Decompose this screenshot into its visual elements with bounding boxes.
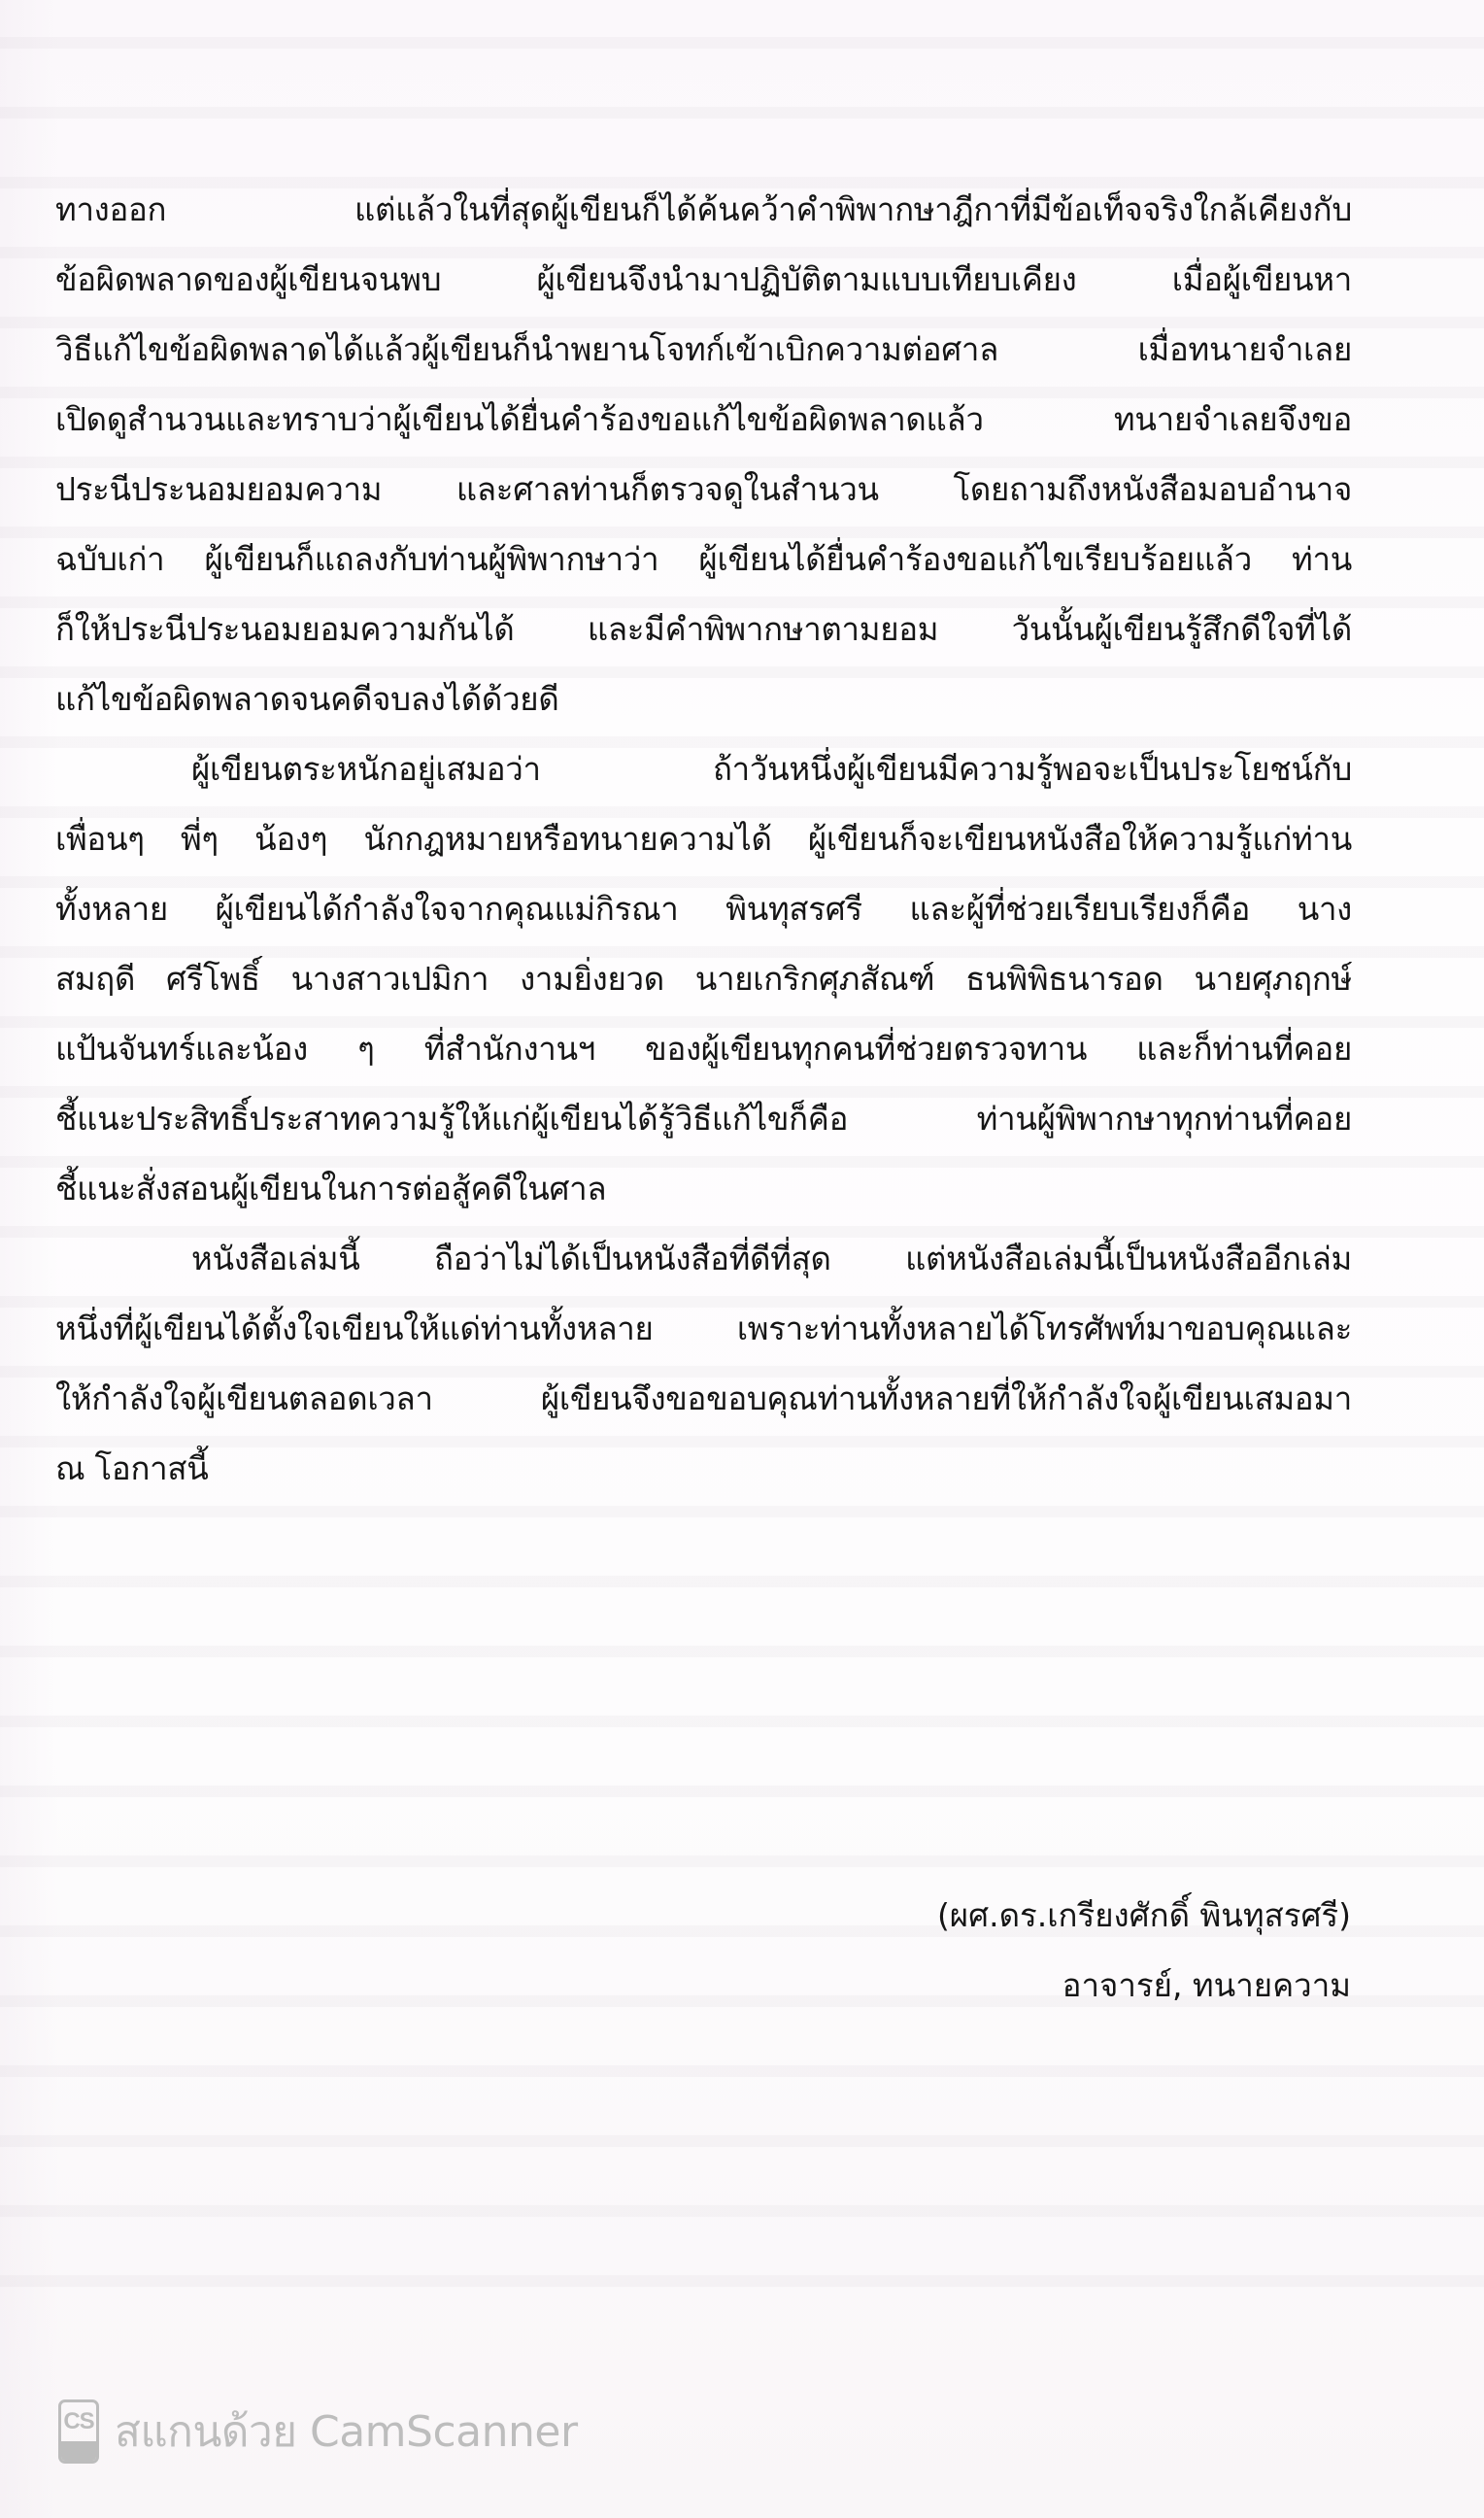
text-line: ชี้แนะประสิทธิ์ประสาทความรู้ให้แก่ผู้เขี… — [55, 1084, 1352, 1154]
text-line: ชี้แนะสั่งสอนผู้เขียนในการต่อสู้คดีในศาล — [55, 1154, 1352, 1224]
camscanner-watermark: CS สแกนด้วย CamScanner — [58, 2398, 578, 2466]
text-line: เพื่อนๆ พี่ๆ น้องๆ นักกฎหมายหรือทนายความ… — [55, 804, 1352, 874]
text-line: แก้ไขข้อผิดพลาดจนคดีจบลงได้ด้วยดี — [55, 664, 1352, 734]
text-line: เปิดดูสำนวนและทราบว่าผู้เขียนได้ยื่นคำร้… — [55, 385, 1352, 455]
text-line: ฉบับเก่า ผู้เขียนก็แถลงกับท่านผู้พิพากษา… — [55, 525, 1352, 595]
signature-title: อาจารย์, ทนายความ — [937, 1951, 1351, 2021]
scanned-page: ทางออก แต่แล้วในที่สุดผู้เขียนก็ได้ค้นคว… — [0, 0, 1484, 2518]
text-line: ทางออก แต่แล้วในที่สุดผู้เขียนก็ได้ค้นคว… — [55, 175, 1352, 245]
text-line: ข้อผิดพลาดของผู้เขียนจนพบ ผู้เขียนจึงนำม… — [55, 245, 1352, 315]
text-line: ทั้งหลาย ผู้เขียนได้กำลังใจจากคุณแม่กิรณ… — [55, 874, 1352, 944]
paragraph-1: ทางออก แต่แล้วในที่สุดผู้เขียนก็ได้ค้นคว… — [55, 175, 1352, 734]
body-text: ทางออก แต่แล้วในที่สุดผู้เขียนก็ได้ค้นคว… — [55, 175, 1352, 1504]
text-line: หนึ่งที่ผู้เขียนได้ตั้งใจเขียนให้แด่ท่าน… — [55, 1294, 1352, 1364]
signature-name: (ผศ.ดร.เกรียงศักดิ์ พินทุสรศรี) — [937, 1881, 1351, 1951]
text-line: หนังสือเล่มนี้ ถือว่าไม่ได้เป็นหนังสือที… — [55, 1224, 1352, 1294]
text-line: ให้กำลังใจผู้เขียนตลอดเวลา ผู้เขียนจึงขอ… — [55, 1364, 1352, 1434]
text-line: แป้นจันทร์และน้อง ๆ ที่สำนักงานฯ ของผู้เ… — [55, 1014, 1352, 1084]
watermark-text: สแกนด้วย CamScanner — [115, 2398, 578, 2466]
paragraph-3: หนังสือเล่มนี้ ถือว่าไม่ได้เป็นหนังสือที… — [55, 1224, 1352, 1504]
paragraph-2: ผู้เขียนตระหนักอยู่เสมอว่า ถ้าวันหนึ่งผู… — [55, 734, 1352, 1224]
signature-block: (ผศ.ดร.เกรียงศักดิ์ พินทุสรศรี) อาจารย์,… — [937, 1881, 1351, 2021]
text-line: สมฤดี ศรีโพธิ์ นางสาวเปมิกา งามยิ่งยวด น… — [55, 944, 1352, 1014]
text-line: ก็ให้ประนีประนอมยอมความกันได้ และมีคำพิพ… — [55, 595, 1352, 664]
camscanner-logo-icon: CS — [58, 2399, 99, 2464]
text-line: ณ โอกาสนี้ — [55, 1434, 1352, 1504]
text-line: วิธีแก้ไขข้อผิดพลาดได้แล้วผู้เขียนก็นำพย… — [55, 315, 1352, 385]
text-line: ผู้เขียนตระหนักอยู่เสมอว่า ถ้าวันหนึ่งผู… — [55, 734, 1352, 804]
text-line: ประนีประนอมยอมความ และศาลท่านก็ตรวจดูในส… — [55, 455, 1352, 525]
